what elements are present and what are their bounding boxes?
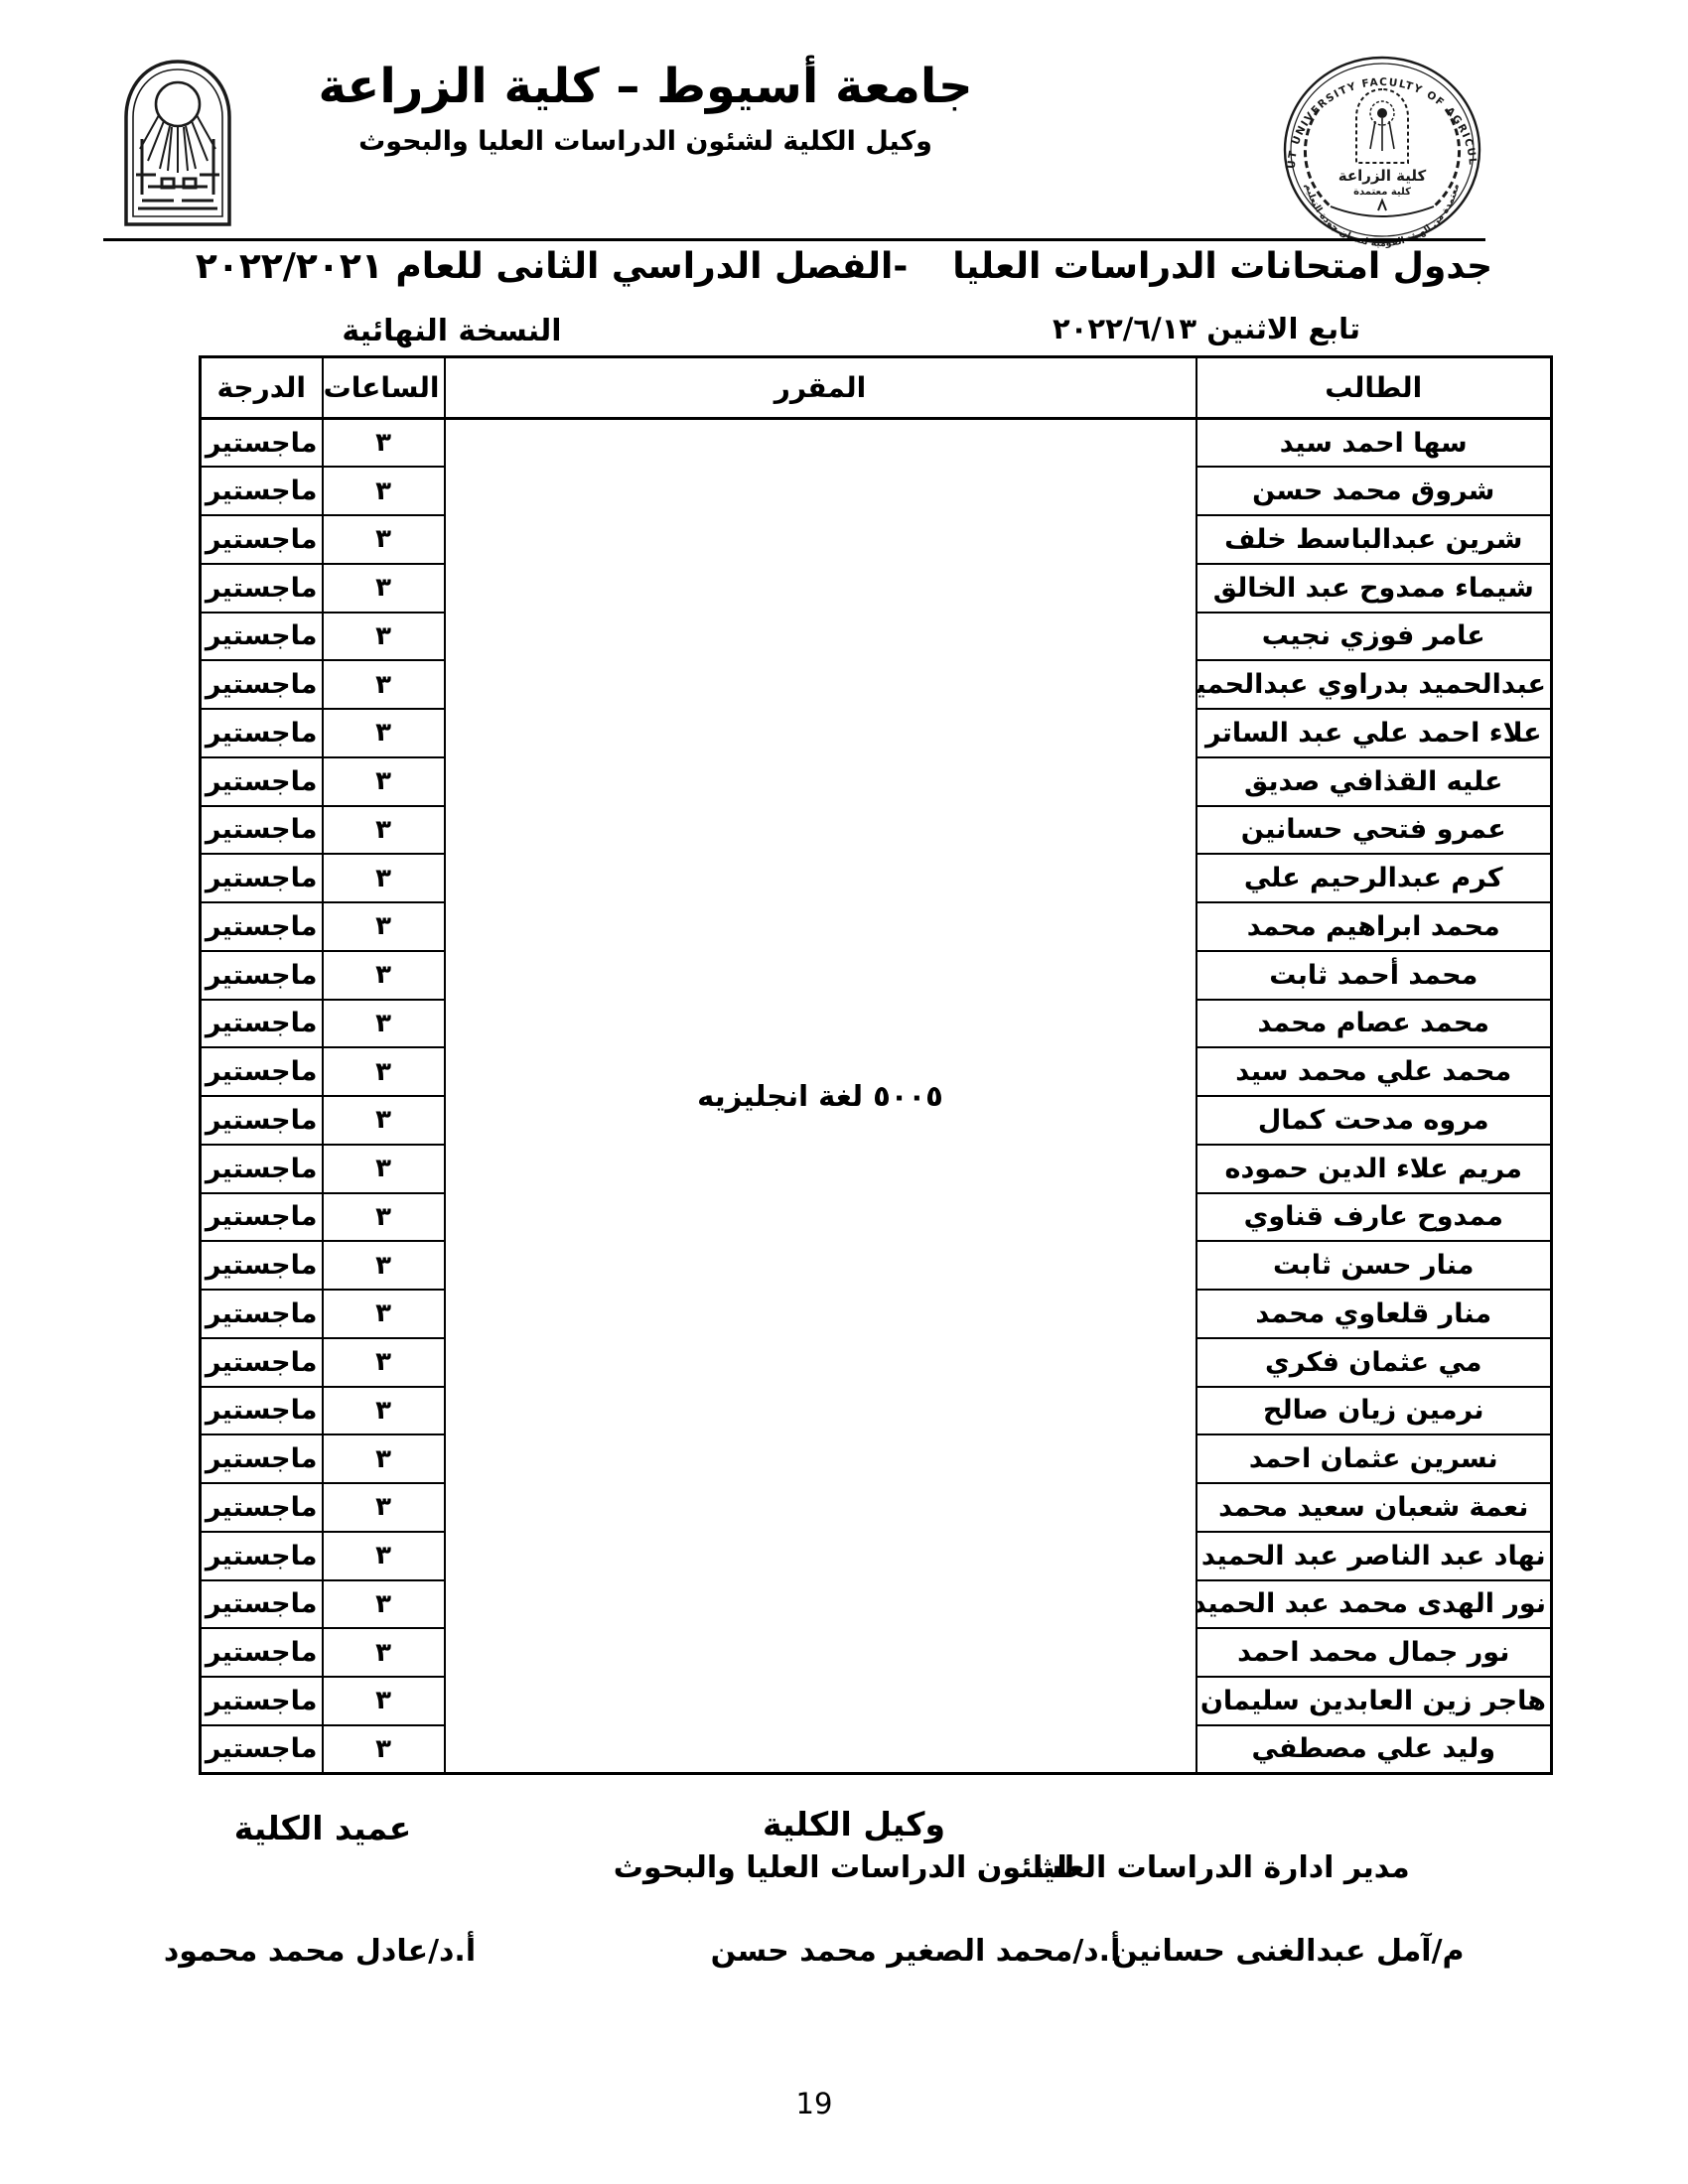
hours-column-header: الساعات	[323, 357, 445, 419]
hours-cell: ٣	[323, 1000, 445, 1048]
student-name-cell: ممدوح عارف قناوي	[1196, 1193, 1552, 1242]
hours-cell: ٣	[323, 709, 445, 757]
seal-inner-line2: كلية معتمدة	[1353, 187, 1411, 198]
degree-cell: ماجستير	[201, 1241, 323, 1290]
degree-cell: ماجستير	[201, 1193, 323, 1242]
hours-cell: ٣	[323, 1580, 445, 1629]
hours-cell: ٣	[323, 1290, 445, 1338]
hours-cell: ٣	[323, 613, 445, 661]
course-cell: ٥٠٠٥ لغة انجليزيه	[445, 419, 1196, 1774]
student-name-cell: علاء احمد علي عبد الساتر	[1196, 709, 1552, 757]
hours-cell: ٣	[323, 467, 445, 515]
degree-cell: ماجستير	[201, 1047, 323, 1096]
student-name-cell: منار حسن ثابت	[1196, 1241, 1552, 1290]
student-name-cell: محمد علي محمد سيد	[1196, 1047, 1552, 1096]
dean-title: عميد الكلية	[174, 1809, 472, 1847]
hours-cell: ٣	[323, 1096, 445, 1145]
page-number: 19	[765, 2087, 864, 2120]
student-name-cell: نرمين زيان صالح	[1196, 1387, 1552, 1435]
graduate-studies-director-name: م/آمل عبدالغنى حسانين	[1112, 1934, 1559, 1969]
degree-cell: ماجستير	[201, 951, 323, 1000]
hours-cell: ٣	[323, 1532, 445, 1580]
student-name-cell: مي عثمان فكري	[1196, 1338, 1552, 1387]
seal-inner-line1: كلية الزراعة	[1338, 167, 1427, 185]
student-name-cell: مريم علاء الدين حموده	[1196, 1145, 1552, 1193]
student-name-cell: نعمة شعبان سعيد محمد	[1196, 1483, 1552, 1532]
exam-schedule-page: جامعة أسيوط – كلية الزراعة وكيل الكلية ل…	[0, 0, 1688, 2184]
hours-cell: ٣	[323, 1725, 445, 1774]
hours-cell: ٣	[323, 515, 445, 564]
degree-cell: ماجستير	[201, 854, 323, 902]
hours-cell: ٣	[323, 1241, 445, 1290]
exam-title-part2: -الفصل الدراسي الثانى للعام ٢٠٢٢/٢٠٢١	[196, 246, 908, 287]
degree-cell: ماجستير	[201, 1290, 323, 1338]
hours-cell: ٣	[323, 854, 445, 902]
table-header-row: الطالب المقرر الساعات الدرجة	[201, 357, 1552, 419]
degree-cell: ماجستير	[201, 515, 323, 564]
degree-cell: ماجستير	[201, 1580, 323, 1629]
hours-cell: ٣	[323, 1338, 445, 1387]
vice-dean-subtitle: لشئون الدراسات العليا والبحوث	[586, 1850, 1102, 1885]
vice-dean-name: أ.د/محمد الصغير محمد حسن	[657, 1934, 1174, 1969]
header-divider	[103, 238, 1485, 241]
hours-cell: ٣	[323, 1483, 445, 1532]
student-name-cell: محمد أحمد ثابت	[1196, 951, 1552, 1000]
degree-cell: ماجستير	[201, 613, 323, 661]
degree-cell: ماجستير	[201, 1387, 323, 1435]
degree-cell: ماجستير	[201, 709, 323, 757]
student-name-cell: هاجر زين العابدين سليمان	[1196, 1677, 1552, 1725]
student-row: سها احمد سيد٥٠٠٥ لغة انجليزيه٣ماجستير	[201, 419, 1552, 468]
hours-cell: ٣	[323, 951, 445, 1000]
student-name-cell: محمد ابراهيم محمد	[1196, 902, 1552, 951]
degree-cell: ماجستير	[201, 1725, 323, 1774]
hours-cell: ٣	[323, 757, 445, 806]
student-name-cell: وليد علي مصطفي	[1196, 1725, 1552, 1774]
student-name-cell: عامر فوزي نجيب	[1196, 613, 1552, 661]
hours-cell: ٣	[323, 806, 445, 855]
vice-dean-office-subtitle: وكيل الكلية لشئون الدراسات العليا والبحو…	[99, 126, 1192, 157]
hours-cell: ٣	[323, 1047, 445, 1096]
hours-cell: ٣	[323, 419, 445, 468]
student-name-cell: سها احمد سيد	[1196, 419, 1552, 468]
hours-cell: ٣	[323, 1434, 445, 1483]
degree-cell: ماجستير	[201, 1338, 323, 1387]
degree-column-header: الدرجة	[201, 357, 323, 419]
degree-cell: ماجستير	[201, 806, 323, 855]
hours-cell: ٣	[323, 1628, 445, 1677]
degree-cell: ماجستير	[201, 660, 323, 709]
hours-cell: ٣	[323, 660, 445, 709]
degree-cell: ماجستير	[201, 1677, 323, 1725]
degree-cell: ماجستير	[201, 564, 323, 613]
hours-cell: ٣	[323, 1193, 445, 1242]
exam-schedule-table: الطالب المقرر الساعات الدرجة سها احمد سي…	[199, 355, 1553, 1775]
exam-title-part1: جدول امتحانات الدراسات العليا	[952, 246, 1492, 287]
student-name-cell: شيماء ممدوح عبد الخالق	[1196, 564, 1552, 613]
student-name-cell: نسرين عثمان احمد	[1196, 1434, 1552, 1483]
degree-cell: ماجستير	[201, 467, 323, 515]
degree-cell: ماجستير	[201, 1483, 323, 1532]
degree-cell: ماجستير	[201, 1145, 323, 1193]
student-name-cell: عليه القذافي صديق	[1196, 757, 1552, 806]
vice-dean-title: وكيل الكلية	[606, 1805, 1102, 1843]
course-column-header: المقرر	[445, 357, 1196, 419]
degree-cell: ماجستير	[201, 1532, 323, 1580]
degree-cell: ماجستير	[201, 1000, 323, 1048]
student-name-cell: مروه مدحت كمال	[1196, 1096, 1552, 1145]
student-name-cell: نهاد عبد الناصر عبد الحميد	[1196, 1532, 1552, 1580]
degree-cell: ماجستير	[201, 1096, 323, 1145]
student-name-cell: عبدالحميد بدراوي عبدالحميد	[1196, 660, 1552, 709]
student-name-cell: كرم عبدالرحيم علي	[1196, 854, 1552, 902]
dean-name: أ.د/عادل محمد محمود	[121, 1934, 518, 1969]
hours-cell: ٣	[323, 1387, 445, 1435]
student-column-header: الطالب	[1196, 357, 1552, 419]
student-name-cell: نور جمال محمد احمد	[1196, 1628, 1552, 1677]
degree-cell: ماجستير	[201, 757, 323, 806]
hours-cell: ٣	[323, 902, 445, 951]
degree-cell: ماجستير	[201, 902, 323, 951]
hours-cell: ٣	[323, 1145, 445, 1193]
degree-cell: ماجستير	[201, 1434, 323, 1483]
university-title: جامعة أسيوط – كلية الزراعة	[99, 60, 1192, 114]
student-name-cell: شرين عبدالباسط خلف	[1196, 515, 1552, 564]
degree-cell: ماجستير	[201, 419, 323, 468]
student-name-cell: شروق محمد حسن	[1196, 467, 1552, 515]
student-name-cell: نور الهدى محمد عبد الحميد	[1196, 1580, 1552, 1629]
student-name-cell: عمرو فتحي حسانين	[1196, 806, 1552, 855]
faculty-accreditation-seal: ASSIUT UNIVERSITY FACULTY OF AGRICULTURE…	[1279, 52, 1485, 248]
hours-cell: ٣	[323, 564, 445, 613]
exam-date-label: تابع الاثنين ٢٠٢٢/٦/١٣	[1053, 312, 1549, 345]
student-name-cell: منار قلعاوي محمد	[1196, 1290, 1552, 1338]
final-version-label: النسخة النهائية	[338, 314, 566, 348]
hours-cell: ٣	[323, 1677, 445, 1725]
graduate-studies-director-title: مدير ادارة الدراسات العليا	[1033, 1850, 1549, 1885]
student-name-cell: محمد عصام محمد	[1196, 1000, 1552, 1048]
exam-schedule-title: جدول امتحانات الدراسات العليا -الفصل الد…	[149, 246, 1539, 287]
degree-cell: ماجستير	[201, 1628, 323, 1677]
